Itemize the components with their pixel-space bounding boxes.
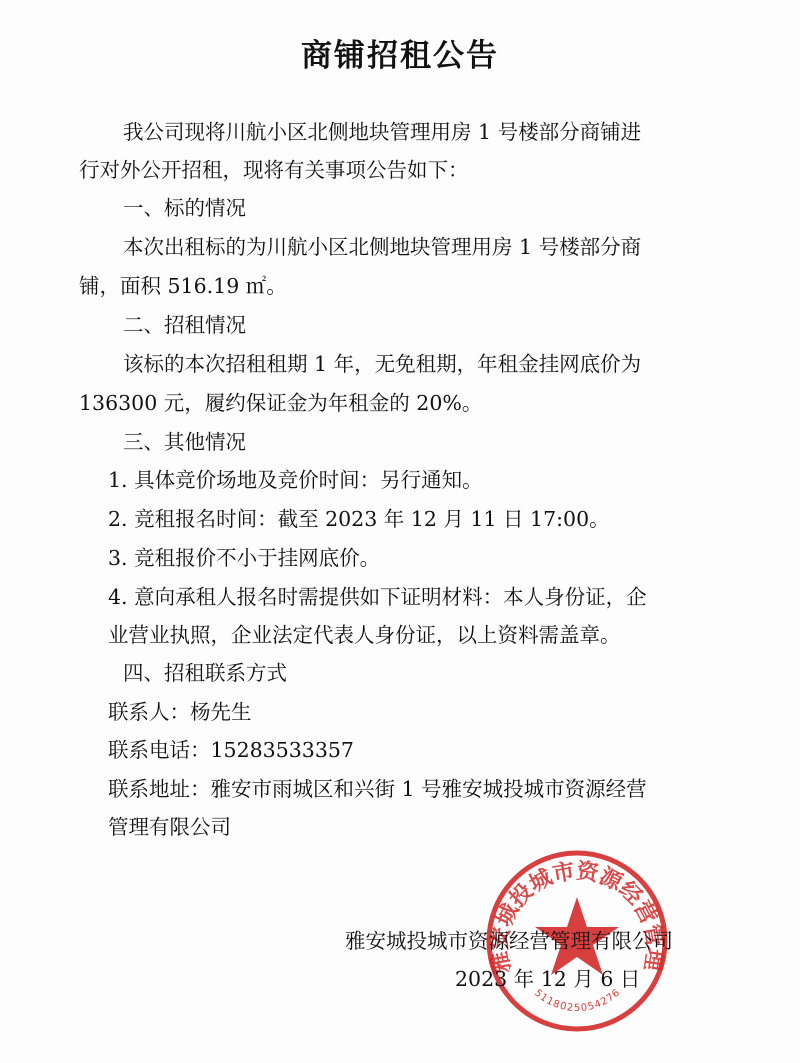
section-1-line-2: 铺，面积 516.19 ㎡。 [79, 271, 287, 301]
section-2-line-2: 136300 元，履约保证金为年租金的 20%。 [79, 388, 482, 418]
intro-line-1: 我公司现将川航小区北侧地块管理用房 1 号楼部分商铺进 [123, 117, 641, 147]
section-2-heading: 二、招租情况 [123, 310, 246, 340]
intro-line-2: 行对外公开招租，现将有关事项公告如下： [79, 155, 469, 185]
section-3-item-4: 4. 意向承租人报名时需提供如下证明材料：本人身份证，企 [108, 582, 647, 612]
document-title: 商铺招租公告 [0, 30, 800, 75]
section-3-item-2: 2. 竞租报名时间：截至 2023 年 12 月 11 日 17:00。 [108, 504, 610, 534]
contact-phone: 联系电话：15283533357 [108, 735, 354, 765]
section-3-item-3: 3. 竞租报价不小于挂网底价。 [108, 543, 380, 573]
section-1-line-1: 本次出租标的为川航小区北侧地块管理用房 1 号楼部分商 [123, 232, 641, 262]
section-2-line-1: 该标的本次招租租期 1 年，无免租期，年租金挂网底价为 [123, 349, 641, 379]
signature-date: 2023 年 12 月 6 日 [455, 964, 640, 994]
signature-company: 雅安城投城市资源经营管理有限公司 [345, 926, 673, 956]
contact-address-cont: 管理有限公司 [108, 812, 231, 842]
section-1-heading: 一、标的情况 [123, 193, 246, 223]
section-3-heading: 三、其他情况 [123, 427, 246, 457]
contact-address: 联系地址：雅安市雨城区和兴街 1 号雅安城投城市资源经营 [108, 774, 647, 804]
section-3-item-1: 1. 具体竞价场地及竞价时间：另行通知。 [108, 465, 483, 495]
section-4-heading: 四、招租联系方式 [123, 658, 287, 688]
section-3-item-4-cont: 业营业执照，企业法定代表人身份证，以上资料需盖章。 [108, 620, 621, 650]
contact-person: 联系人：杨先生 [108, 697, 252, 727]
